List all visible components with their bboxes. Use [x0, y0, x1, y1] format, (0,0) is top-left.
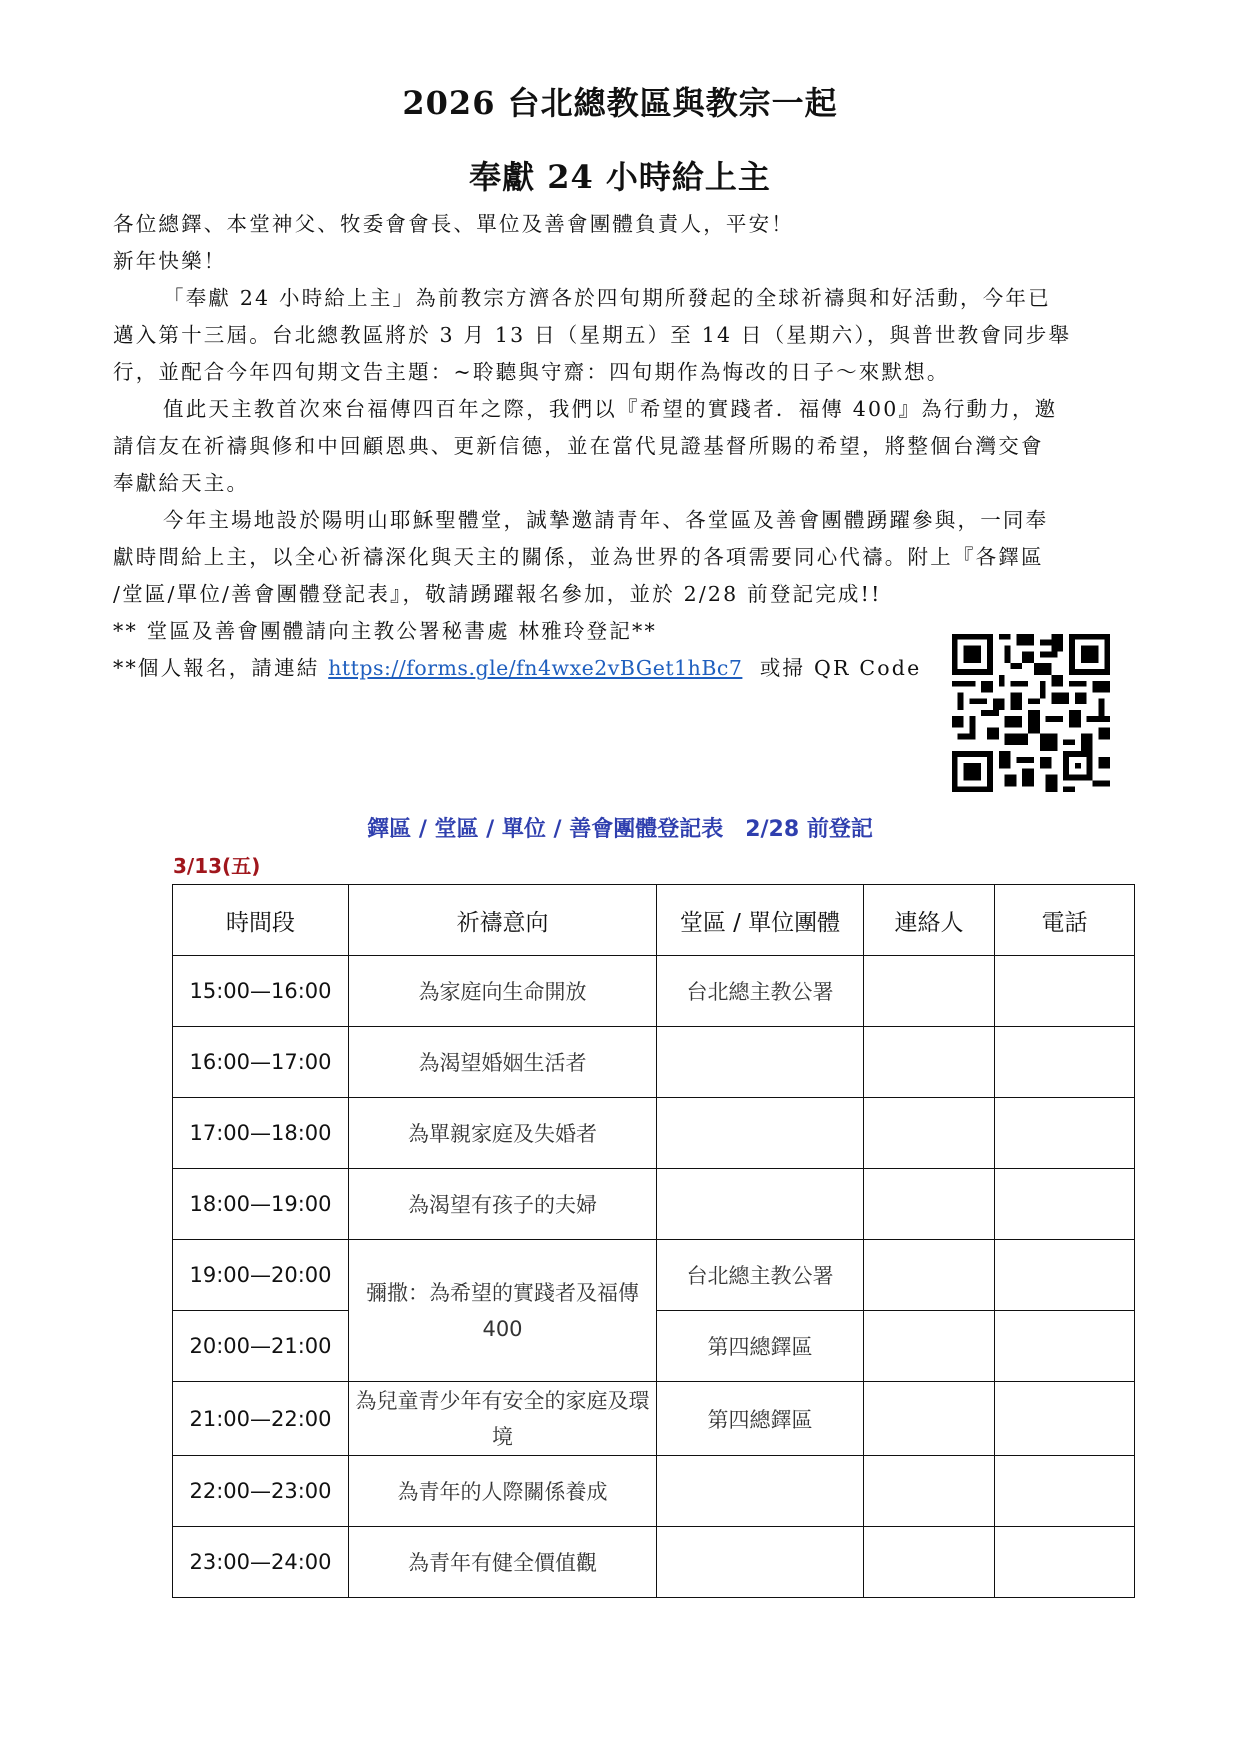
- group-cell[interactable]: [657, 1027, 864, 1098]
- contact-cell[interactable]: [864, 1169, 995, 1240]
- intention-cell: 為單親家庭及失婚者: [349, 1098, 657, 1169]
- intention-cell: 為青年的人際關係養成: [349, 1456, 657, 1527]
- intention-cell: 為家庭向生命開放: [349, 956, 657, 1027]
- table-row: 23:00—24:00 為青年有健全價值觀: [173, 1527, 1135, 1598]
- contact-cell[interactable]: [864, 1382, 995, 1456]
- paragraph-2-line-1: 值此天主教首次來台福傳四百年之際，我們以『希望的實踐者．福傳 400』為行動力，…: [113, 391, 1128, 428]
- table-row: 15:00—16:00 為家庭向生命開放 台北總主教公署: [173, 956, 1135, 1027]
- group-cell[interactable]: [657, 1098, 864, 1169]
- registration-form-heading: 鐸區 / 堂區 / 單位 / 善會團體登記表 2/28 前登記: [0, 812, 1240, 843]
- table-row: 16:00—17:00 為渴望婚姻生活者: [173, 1027, 1135, 1098]
- phone-cell[interactable]: [995, 1311, 1135, 1382]
- phone-cell[interactable]: [995, 1027, 1135, 1098]
- group-cell[interactable]: 台北總主教公署: [657, 1240, 864, 1311]
- phone-cell[interactable]: [995, 1240, 1135, 1311]
- contact-cell[interactable]: [864, 1311, 995, 1382]
- greeting: 各位總鐸、本堂神父、牧委會會長、單位及善會團體負責人，平安！: [113, 206, 1128, 243]
- schedule-table: 時間段 祈禱意向 堂區 / 單位團體 連絡人 電話 15:00—16:00 為家…: [172, 884, 1135, 1598]
- group-cell[interactable]: [657, 1456, 864, 1527]
- table-row: 19:00—20:00 彌撒：為希望的實踐者及福傳 400 台北總主教公署: [173, 1240, 1135, 1311]
- contact-cell[interactable]: [864, 1456, 995, 1527]
- phone-cell[interactable]: [995, 1382, 1135, 1456]
- time-cell: 20:00—21:00: [173, 1311, 349, 1382]
- paragraph-1-line-2: 邁入第十三屆。台北總教區將於 3 月 13 日（星期五）至 14 日（星期六），…: [113, 317, 1128, 354]
- document-subtitle: 奉獻 24 小時給上主: [0, 152, 1240, 198]
- group-cell[interactable]: [657, 1169, 864, 1240]
- time-cell: 17:00—18:00: [173, 1098, 349, 1169]
- contact-cell[interactable]: [864, 1240, 995, 1311]
- intention-cell-merged: 彌撒：為希望的實踐者及福傳 400: [349, 1240, 657, 1382]
- time-cell: 15:00—16:00: [173, 956, 349, 1027]
- document-title: 2026 台北總教區與教宗一起: [0, 78, 1240, 124]
- qr-code-icon: [946, 628, 1116, 798]
- paragraph-1-line-3: 行，並配合今年四旬期文告主題：~聆聽與守齋：四旬期作為悔改的日子～來默想。: [113, 354, 1128, 391]
- intention-cell: 為渴望有孩子的夫婦: [349, 1169, 657, 1240]
- column-header-intention: 祈禱意向: [349, 885, 657, 956]
- table-header-row: 時間段 祈禱意向 堂區 / 單位團體 連絡人 電話: [173, 885, 1135, 956]
- paragraph-3-line-2: 獻時間給上主，以全心祈禱深化與天主的關係，並為世界的各項需要同心代禱。附上『各鐸…: [113, 539, 1128, 576]
- time-cell: 18:00—19:00: [173, 1169, 349, 1240]
- paragraph-3-line-1: 今年主場地設於陽明山耶穌聖體堂，誠摯邀請青年、各堂區及善會團體踴躍參與，一同奉: [113, 502, 1128, 539]
- group-cell[interactable]: [657, 1527, 864, 1598]
- column-header-contact: 連絡人: [864, 885, 995, 956]
- column-header-phone: 電話: [995, 885, 1135, 956]
- group-cell[interactable]: 第四總鐸區: [657, 1382, 864, 1456]
- time-cell: 23:00—24:00: [173, 1527, 349, 1598]
- intention-cell: 為渴望婚姻生活者: [349, 1027, 657, 1098]
- paragraph-2-line-3: 奉獻給天主。: [113, 465, 1128, 502]
- contact-cell[interactable]: [864, 1027, 995, 1098]
- contact-cell[interactable]: [864, 956, 995, 1027]
- column-header-group: 堂區 / 單位團體: [657, 885, 864, 956]
- personal-note-suffix: 或掃 QR Code: [742, 656, 921, 680]
- time-cell: 21:00—22:00: [173, 1382, 349, 1456]
- phone-cell[interactable]: [995, 956, 1135, 1027]
- group-cell[interactable]: 台北總主教公署: [657, 956, 864, 1027]
- time-cell: 16:00—17:00: [173, 1027, 349, 1098]
- personal-note-prefix: **個人報名，請連結: [113, 656, 328, 680]
- group-cell[interactable]: 第四總鐸區: [657, 1311, 864, 1382]
- time-cell: 22:00—23:00: [173, 1456, 349, 1527]
- date-label: 3/13(五): [173, 850, 260, 879]
- phone-cell[interactable]: [995, 1169, 1135, 1240]
- table-row: 22:00—23:00 為青年的人際關係養成: [173, 1456, 1135, 1527]
- intention-cell: 為青年有健全價值觀: [349, 1527, 657, 1598]
- phone-cell[interactable]: [995, 1098, 1135, 1169]
- paragraph-3-line-3: /堂區/單位/善會團體登記表』，敬請踴躍報名參加，並於 2/28 前登記完成!!: [113, 576, 1128, 613]
- table-row: 21:00—22:00 為兒童青少年有安全的家庭及環境 第四總鐸區: [173, 1382, 1135, 1456]
- phone-cell[interactable]: [995, 1527, 1135, 1598]
- paragraph-2-line-2: 請信友在祈禱與修和中回顧恩典、更新信德，並在當代見證基督所賜的希望，將整個台灣交…: [113, 428, 1128, 465]
- table-row: 17:00—18:00 為單親家庭及失婚者: [173, 1098, 1135, 1169]
- contact-cell[interactable]: [864, 1098, 995, 1169]
- contact-cell[interactable]: [864, 1527, 995, 1598]
- phone-cell[interactable]: [995, 1456, 1135, 1527]
- column-header-time: 時間段: [173, 885, 349, 956]
- time-cell: 19:00—20:00: [173, 1240, 349, 1311]
- table-row: 18:00—19:00 為渴望有孩子的夫婦: [173, 1169, 1135, 1240]
- paragraph-1-line-1: 「奉獻 24 小時給上主」為前教宗方濟各於四旬期所發起的全球祈禱與和好活動，今年…: [113, 280, 1128, 317]
- new-year-greeting: 新年快樂！: [113, 243, 1128, 280]
- intention-cell: 為兒童青少年有安全的家庭及環境: [349, 1382, 657, 1456]
- letter-body: 各位總鐸、本堂神父、牧委會會長、單位及善會團體負責人，平安！ 新年快樂！ 「奉獻…: [113, 206, 1128, 687]
- registration-form-link[interactable]: https://forms.gle/fn4wxe2vBGet1hBc7: [328, 656, 742, 680]
